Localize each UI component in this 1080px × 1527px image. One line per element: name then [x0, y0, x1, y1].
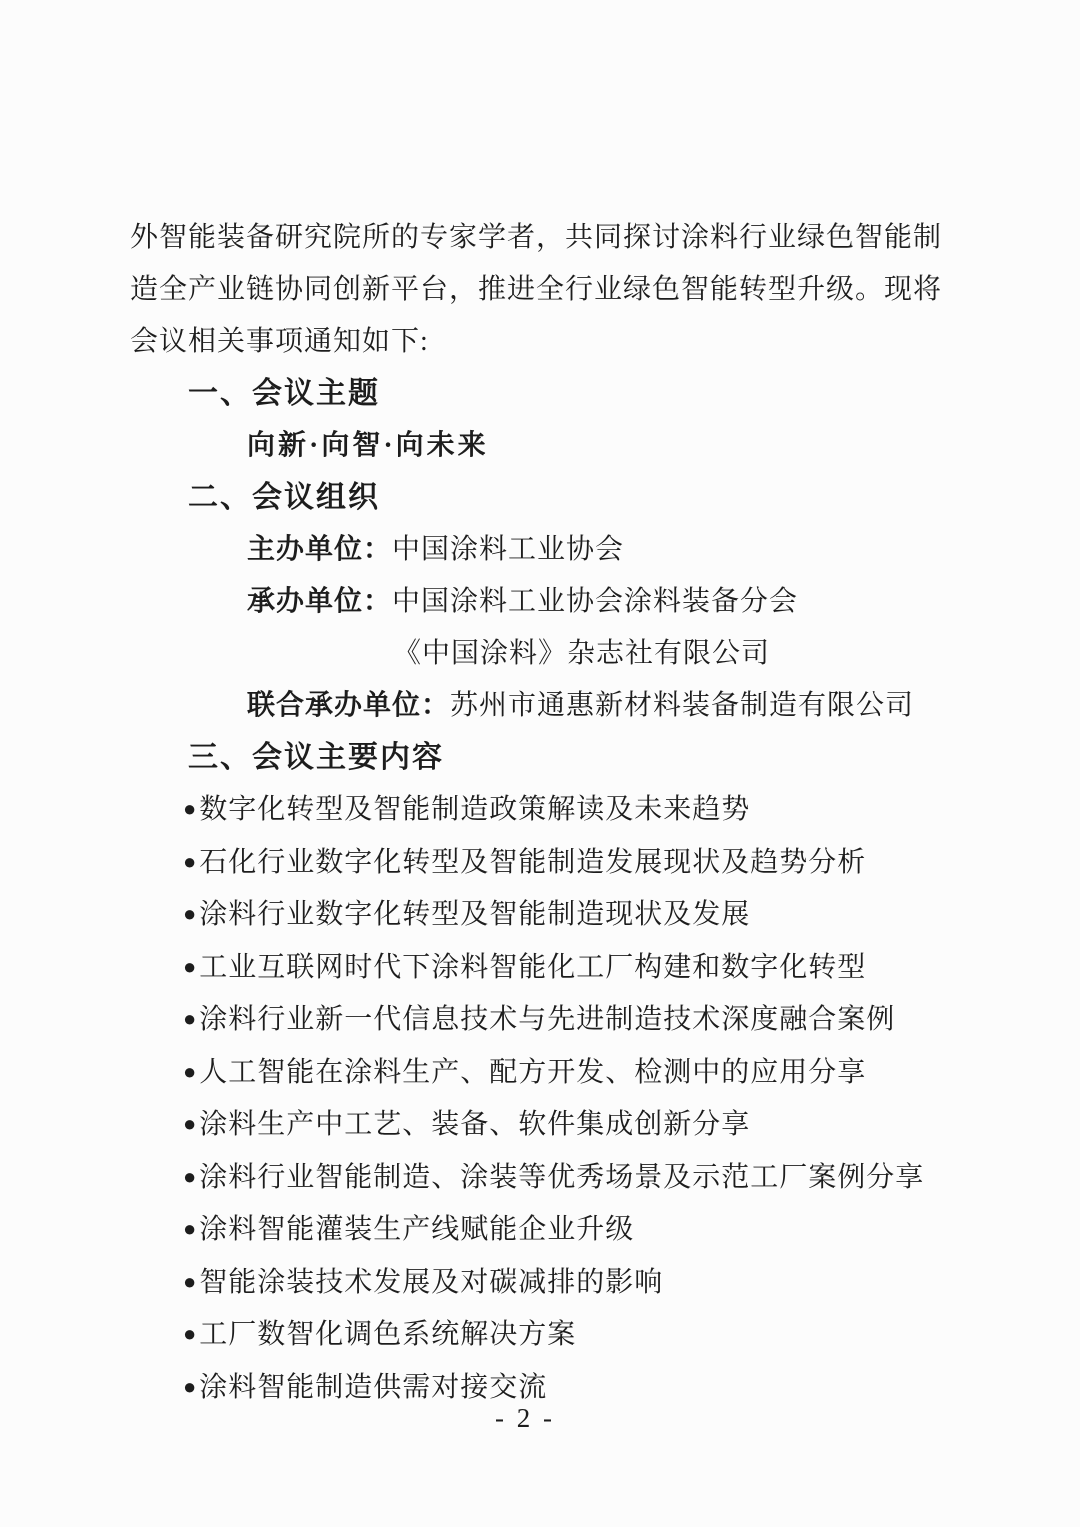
section-2-heading: 二、会议组织: [130, 472, 960, 524]
agenda-item-text: 智能涂装技术发展及对碳减排的影响: [199, 1267, 663, 1298]
organizer-row-host: 主办单位：中国涂料工业协会: [130, 524, 960, 576]
document-page: 外智能装备研究院所的专家学者，共同探讨涂料行业绿色智能制 造全产业链协同创新平台…: [0, 0, 1080, 1527]
agenda-item-text: 涂料智能灌装生产线赋能企业升级: [199, 1214, 634, 1245]
organizer-row-undertaker-2: 《中国涂料》杂志社有限公司: [130, 628, 960, 680]
organizer-label: 联合承办单位：: [247, 690, 450, 721]
agenda-item: ●工厂数智化调色系统解决方案: [130, 1309, 960, 1362]
agenda-item: ●涂料行业数字化转型及智能制造现状及发展: [130, 889, 960, 942]
agenda-item: ●数字化转型及智能制造政策解读及未来趋势: [130, 784, 960, 837]
bullet-icon: ●: [183, 888, 196, 940]
bullet-icon: ●: [183, 1098, 196, 1150]
bullet-icon: ●: [183, 941, 196, 993]
intro-line-2: 造全产业链协同创新平台，推进全行业绿色智能转型升级。现将: [130, 264, 960, 316]
agenda-item-text: 涂料行业智能制造、涂装等优秀场景及示范工厂案例分享: [199, 1162, 924, 1193]
bullet-icon: ●: [183, 1308, 196, 1360]
agenda-item: ●涂料行业新一代信息技术与先进制造技术深度融合案例: [130, 994, 960, 1047]
agenda-list: ●数字化转型及智能制造政策解读及未来趋势 ●石化行业数字化转型及智能制造发展现状…: [130, 784, 960, 1414]
agenda-item-text: 涂料行业数字化转型及智能制造现状及发展: [199, 899, 750, 930]
agenda-item-text: 石化行业数字化转型及智能制造发展现状及趋势分析: [199, 847, 866, 878]
page-number: - 2 -: [0, 1396, 1050, 1440]
agenda-item: ●智能涂装技术发展及对碳减排的影响: [130, 1257, 960, 1310]
organizer-value: 《中国涂料》杂志社有限公司: [393, 638, 770, 669]
bullet-icon: ●: [183, 993, 196, 1045]
bullet-icon: ●: [183, 1046, 196, 1098]
intro-line-3: 会议相关事项通知如下:: [130, 316, 960, 368]
bullet-icon: ●: [183, 1203, 196, 1255]
section-3-heading: 三、会议主要内容: [130, 732, 960, 784]
organizer-value: 中国涂料工业协会涂料装备分会: [392, 586, 798, 617]
agenda-item: ●涂料生产中工艺、装备、软件集成创新分享: [130, 1099, 960, 1152]
bullet-icon: ●: [183, 836, 196, 888]
agenda-item-text: 涂料生产中工艺、装备、软件集成创新分享: [199, 1109, 750, 1140]
agenda-item: ●涂料行业智能制造、涂装等优秀场景及示范工厂案例分享: [130, 1152, 960, 1205]
organizer-row-co-undertaker: 联合承办单位：苏州市通惠新材料装备制造有限公司: [130, 680, 960, 732]
agenda-item-text: 人工智能在涂料生产、配方开发、检测中的应用分享: [199, 1057, 866, 1088]
bullet-icon: ●: [183, 783, 196, 835]
organizer-value: 苏州市通惠新材料装备制造有限公司: [450, 690, 914, 721]
intro-line-1: 外智能装备研究院所的专家学者，共同探讨涂料行业绿色智能制: [130, 212, 960, 264]
agenda-item: ●石化行业数字化转型及智能制造发展现状及趋势分析: [130, 837, 960, 890]
bullet-icon: ●: [183, 1256, 196, 1308]
agenda-item-text: 工业互联网时代下涂料智能化工厂构建和数字化转型: [199, 952, 866, 983]
agenda-item-text: 工厂数智化调色系统解决方案: [199, 1319, 576, 1350]
organizer-label: 主办单位：: [247, 534, 392, 565]
organizer-value: 中国涂料工业协会: [392, 534, 624, 565]
organizer-row-undertaker: 承办单位：中国涂料工业协会涂料装备分会: [130, 576, 960, 628]
conference-theme: 向新·向智·向未来: [130, 420, 960, 472]
agenda-item: ●人工智能在涂料生产、配方开发、检测中的应用分享: [130, 1047, 960, 1100]
intro-paragraph: 外智能装备研究院所的专家学者，共同探讨涂料行业绿色智能制 造全产业链协同创新平台…: [130, 212, 960, 368]
document-body: 外智能装备研究院所的专家学者，共同探讨涂料行业绿色智能制 造全产业链协同创新平台…: [130, 212, 960, 1414]
agenda-item: ●涂料智能灌装生产线赋能企业升级: [130, 1204, 960, 1257]
agenda-item-text: 涂料行业新一代信息技术与先进制造技术深度融合案例: [199, 1004, 895, 1035]
organizer-label: 承办单位：: [247, 586, 392, 617]
bullet-icon: ●: [183, 1151, 196, 1203]
agenda-item-text: 数字化转型及智能制造政策解读及未来趋势: [199, 794, 750, 825]
section-1-heading: 一、会议主题: [130, 368, 960, 420]
agenda-item: ●工业互联网时代下涂料智能化工厂构建和数字化转型: [130, 942, 960, 995]
